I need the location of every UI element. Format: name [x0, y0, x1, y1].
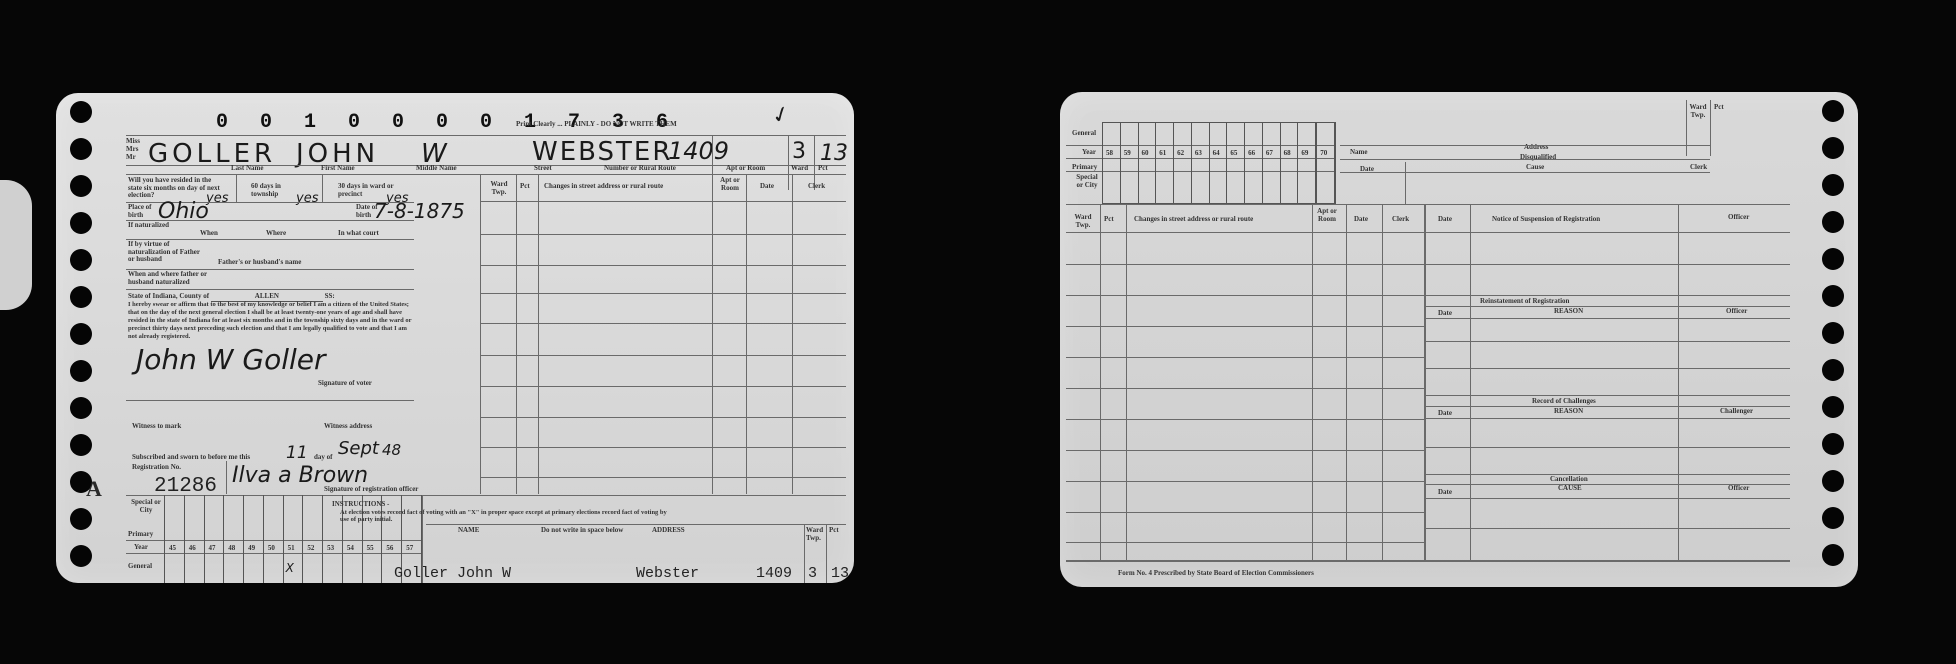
naturalized-when-label: When: [200, 230, 218, 238]
subscribed-month: Sept: [338, 438, 379, 459]
cancellation-title: Cancellation: [1550, 476, 1588, 484]
punch-hole: [1822, 100, 1844, 122]
punch-hole: [1822, 470, 1844, 492]
subscribed-year: 48: [382, 441, 401, 459]
back-grid-row-general: General: [1072, 130, 1096, 138]
ward-value: 3: [792, 139, 806, 164]
scan-edge-artifact: [0, 180, 32, 310]
suspension-officer-label: Officer: [1728, 214, 1749, 222]
punch-hole: [1822, 285, 1844, 307]
witness-label: Witness to mark: [132, 423, 181, 431]
instructions-title: INSTRUCTIONS -: [332, 501, 389, 509]
grid-row-general: General: [128, 563, 152, 571]
officer-signature-label: Signature of registration officer: [324, 486, 418, 494]
changes-header-address: Changes in street address or rural route: [544, 183, 663, 191]
reinstatement-reason-label: REASON: [1554, 308, 1583, 316]
back-changes-header-ward: Ward Twp.: [1068, 214, 1098, 229]
suspension-date-label: Date: [1438, 216, 1452, 224]
punch-hole: [70, 101, 92, 123]
first-name-label: First Name: [321, 165, 355, 173]
instructions-text: At election votes record fact of voting …: [340, 509, 670, 523]
disqualified-label: Disqualified: [1520, 154, 1556, 162]
voter-signature: John W Goller: [136, 343, 326, 376]
punch-hole: [70, 212, 92, 234]
subscribed-label: Subscribed and sworn to before me this: [132, 454, 250, 462]
changes-header-clerk: Clerk: [808, 183, 825, 191]
punch-hole: [1822, 396, 1844, 418]
do-not-write-label: Do not write in space below: [541, 527, 623, 535]
punch-hole: [70, 397, 92, 419]
if-naturalized-label: If naturalized: [128, 222, 169, 230]
challenges-reason-label: REASON: [1554, 408, 1583, 416]
street-number-value: 1409: [668, 137, 729, 165]
last-name-label: Last Name: [231, 165, 263, 173]
punch-hole: [1822, 322, 1844, 344]
grid-row-year: Year: [134, 544, 148, 552]
typed-number: 1409: [756, 565, 792, 582]
street-value: WEBSTER: [532, 137, 672, 167]
typed-ward: 3: [808, 565, 817, 582]
punch-hole: [1822, 433, 1844, 455]
punch-hole: [70, 508, 92, 530]
reinstatement-date-label: Date: [1438, 310, 1452, 318]
registration-no-label: Registration No.: [132, 464, 181, 472]
father-naturalized-label: When and where father or husband natural…: [128, 271, 218, 286]
instructions-pct-label: Pct: [829, 527, 839, 535]
voter-signature-label: Signature of voter: [318, 380, 372, 388]
back-changes-header-address: Changes in street address or rural route: [1134, 216, 1253, 224]
general-vote-mark: X: [286, 561, 294, 575]
back-changes-header-apt: Apt or Room: [1313, 208, 1341, 223]
reinstatement-officer-label: Officer: [1726, 308, 1747, 316]
suspension-title: Notice of Suspension of Registration: [1492, 216, 1600, 224]
punch-hole: [1822, 544, 1844, 566]
cancellation-cause-label: CAUSE: [1558, 485, 1582, 493]
changes-header-pct: Pct: [520, 183, 530, 191]
back-name-label: Name: [1350, 149, 1368, 157]
form-footer: Form No. 4 Prescribed by State Board of …: [1118, 570, 1314, 578]
township-question: 60 days in township: [251, 183, 301, 198]
back-ward-label: Ward Twp.: [1687, 104, 1709, 119]
apt-label: Apt or Room: [726, 165, 765, 173]
place-of-birth-label: Place of birth: [128, 204, 156, 219]
punch-hole: [1822, 137, 1844, 159]
oath-text: I hereby swear or affirm that to the bes…: [128, 301, 412, 341]
punch-hole: [1822, 359, 1844, 381]
day-of-label: day of: [314, 454, 332, 462]
punch-hole: [70, 434, 92, 456]
witness-address-label: Witness address: [324, 423, 372, 431]
grid-row-special: Special or City: [128, 499, 164, 514]
naturalized-court-label: In what court: [338, 230, 379, 238]
back-grid-row-special: Special or City: [1074, 174, 1100, 189]
township-answer: yes: [296, 191, 318, 206]
instructions-name-label: NAME: [458, 527, 479, 535]
title-prefixes: Miss Mrs Mr: [126, 137, 140, 161]
back-pct-label: Pct: [1714, 104, 1724, 112]
reinstatement-title: Reinstatement of Registration: [1480, 298, 1569, 306]
middle-name-label: Middle Name: [416, 165, 457, 173]
typed-name: Goller John W: [394, 565, 511, 582]
punch-hole: [1822, 211, 1844, 233]
cancellation-date-label: Date: [1438, 489, 1452, 497]
naturalized-where-label: Where: [266, 230, 286, 238]
back-grid-row-year: Year: [1082, 149, 1096, 157]
back-clerk-label: Clerk: [1690, 164, 1707, 172]
pct-label: Pct: [818, 165, 828, 173]
state-residence-answer: yes: [206, 191, 228, 206]
pct-value: 13: [820, 141, 848, 166]
cancellation-officer-label: Officer: [1728, 485, 1749, 493]
punch-hole: [70, 360, 92, 382]
typed-pct: 13: [831, 565, 849, 582]
punch-hole: [70, 323, 92, 345]
typed-street: Webster: [636, 565, 699, 582]
punch-hole: [1822, 248, 1844, 270]
ward-label: Ward: [791, 165, 808, 173]
changes-header-date: Date: [760, 183, 774, 191]
subscribed-day: 11: [286, 443, 308, 463]
back-changes-header-clerk: Clerk: [1392, 216, 1409, 224]
back-changes-header-pct: Pct: [1104, 216, 1114, 224]
punch-hole: [70, 138, 92, 160]
registration-letter: A: [86, 476, 102, 502]
punch-hole: [70, 545, 92, 567]
by-virtue-label: If by virtue of naturalization of Father…: [128, 241, 208, 264]
punch-hole: [70, 175, 92, 197]
registration-card-back: General Year Primary Special or City 58 …: [1060, 92, 1858, 587]
changes-header-ward: Ward Twp.: [484, 181, 514, 196]
header-instruction: Print Clearly ... PLAINLY - DO NOT WRITE…: [516, 121, 677, 129]
challenges-title: Record of Challenges: [1532, 398, 1596, 406]
changes-header-apt: Apt or Room: [716, 177, 744, 192]
punch-hole: [1822, 174, 1844, 196]
street-label: Street: [534, 165, 552, 173]
punch-hole: [70, 286, 92, 308]
punch-hole: [1822, 507, 1844, 529]
challenger-label: Challenger: [1720, 408, 1753, 416]
registration-card-front: 0 0 1 0 0 0 0 1 7 3 6 Print Clearly ... …: [56, 93, 854, 583]
father-name-label: Father's or husband's name: [218, 259, 301, 267]
punch-hole: [70, 249, 92, 271]
check-mark: ✓: [768, 101, 794, 131]
back-voting-year-grid: 58 59 60 61 62 63 64 65 66 67 68 69 70: [1102, 122, 1336, 204]
instructions-ward-label: Ward Twp.: [806, 527, 824, 542]
instructions-address-label: ADDRESS: [652, 527, 685, 535]
back-changes-header-date: Date: [1354, 216, 1368, 224]
challenges-date-label: Date: [1438, 410, 1452, 418]
cause-label: Cause: [1526, 164, 1544, 172]
grid-row-primary: Primary: [128, 531, 153, 539]
number-label: Number or Rural Route: [604, 165, 676, 173]
